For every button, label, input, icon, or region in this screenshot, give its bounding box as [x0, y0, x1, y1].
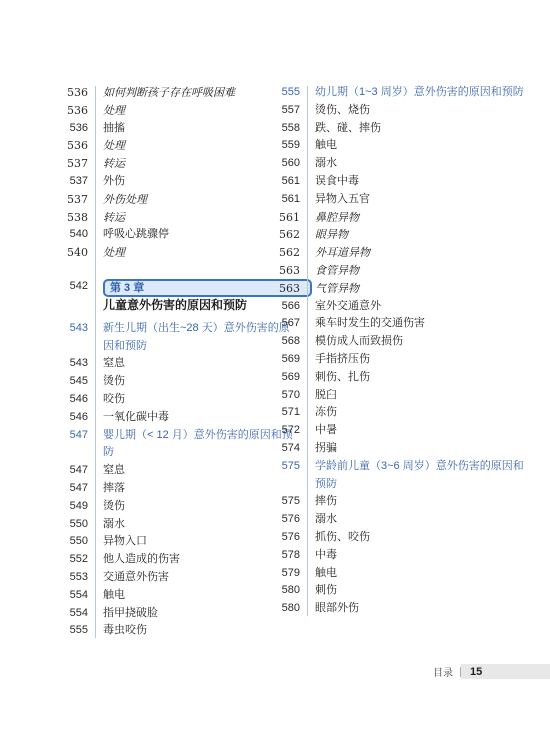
- toc-entry-title: 幼儿期（1~3 周岁）意外伤害的原因和预防: [315, 84, 529, 102]
- toc-row: 560溺水: [262, 155, 529, 173]
- toc-page-number: 540: [50, 226, 88, 244]
- toc-page-number: 574: [262, 440, 300, 458]
- toc-page-number: 554: [50, 605, 88, 623]
- toc-entry-title: 跌、碰、摔伤: [315, 120, 529, 138]
- toc-page-number: 553: [50, 569, 88, 587]
- toc-page-number: 576: [262, 511, 300, 529]
- toc-page-number: 552: [50, 551, 88, 569]
- toc-page-number: 543: [50, 320, 88, 338]
- toc-page-number: 555: [262, 84, 300, 102]
- toc-page-number: 561: [262, 173, 300, 191]
- toc-page-number: 543: [50, 355, 88, 373]
- toc-row: 562眼异物: [262, 226, 529, 244]
- toc-page-number: 569: [262, 369, 300, 387]
- toc-entry-title: 毒虫咬伤: [103, 622, 298, 640]
- toc-row: 儿童意外伤害的原因和预防: [50, 297, 298, 315]
- toc-page-number: 578: [262, 547, 300, 565]
- toc-page-number: 561: [262, 209, 300, 227]
- toc-row: 576抓伤、咬伤: [262, 529, 529, 547]
- toc-page-number: 569: [262, 351, 300, 369]
- toc-row: 554指甲挠破脸: [50, 605, 298, 623]
- toc-column-left: 536如何判断孩子存在呼吸困难536处理536抽搐536处理537转运537外伤…: [50, 84, 298, 640]
- toc-row: 561鼻腔异物: [262, 209, 529, 227]
- toc-row: 558跌、碰、摔伤: [262, 120, 529, 138]
- toc-row: 579触电: [262, 565, 529, 583]
- toc-entry-title: 中毒: [315, 547, 529, 565]
- toc-row: 547窒息: [50, 462, 298, 480]
- toc-row: 543新生儿期（出生~28 天）意外伤害的原因和预防: [50, 320, 298, 356]
- toc-page-number: 568: [262, 333, 300, 351]
- toc-page-number: 575: [262, 493, 300, 511]
- toc-page-number: 536: [50, 102, 88, 120]
- toc-row: 550异物入口: [50, 533, 298, 551]
- toc-page-number: 537: [50, 191, 88, 209]
- chapter-title: 儿童意外伤害的原因和预防: [103, 297, 247, 315]
- toc-row: 572中暑: [262, 422, 529, 440]
- toc-row: 536抽搐: [50, 120, 298, 138]
- toc-entry-title: 拐骗: [315, 440, 529, 458]
- toc-entry-title: 鼻腔异物: [315, 209, 529, 227]
- toc-row: 542第 3 章: [50, 278, 298, 297]
- toc-entry-title: 手指挤压伤: [315, 351, 529, 369]
- toc-entry-title: 气管异物: [315, 280, 529, 298]
- toc-entry-title: 眼异物: [315, 226, 529, 244]
- toc-page-number: 561: [262, 191, 300, 209]
- toc-row: 557烫伤、烧伤: [262, 102, 529, 120]
- toc-row: 568模仿成人而致损伤: [262, 333, 529, 351]
- toc-row: 570脱臼: [262, 387, 529, 405]
- toc-page-number: 571: [262, 404, 300, 422]
- toc-page-number: 549: [50, 498, 88, 516]
- toc-page-number: 546: [50, 409, 88, 427]
- toc-row: 537外伤处理: [50, 191, 298, 209]
- toc-entry-title: 冻伤: [315, 404, 529, 422]
- toc-row: 546咬伤: [50, 391, 298, 409]
- toc-entry-title: 中暑: [315, 422, 529, 440]
- toc-row: 567乘车时发生的交通伤害: [262, 315, 529, 333]
- toc-page-number: 547: [50, 462, 88, 480]
- toc-page-number: 536: [50, 84, 88, 102]
- toc-page-number: 538: [50, 209, 88, 227]
- toc-row: 574拐骗: [262, 440, 529, 458]
- toc-row: 569刺伤、扎伤: [262, 369, 529, 387]
- toc-page-number: 542: [50, 278, 88, 296]
- toc-entry-title: 学龄前儿童（3~6 周岁）意外伤害的原因和预防: [315, 458, 529, 494]
- toc-page-number: 550: [50, 516, 88, 534]
- toc-page-number: 558: [262, 120, 300, 138]
- toc-entry-title: 刺伤: [315, 582, 529, 600]
- toc-row: 537外伤: [50, 173, 298, 191]
- toc-row: 554触电: [50, 587, 298, 605]
- toc-row: 575学龄前儿童（3~6 周岁）意外伤害的原因和预防: [262, 458, 529, 494]
- toc-entry-title: 抓伤、咬伤: [315, 529, 529, 547]
- toc-row: 545烫伤: [50, 373, 298, 391]
- toc-page-number: 547: [50, 480, 88, 498]
- toc-page-number: 555: [50, 622, 88, 640]
- toc-page-number: 575: [262, 458, 300, 476]
- toc-page-number: 560: [262, 155, 300, 173]
- toc-row: 550溺水: [50, 516, 298, 534]
- toc-page-number: 570: [262, 387, 300, 405]
- footer-page-bar: 15: [461, 664, 550, 679]
- toc-row: 549烫伤: [50, 498, 298, 516]
- toc-entry-title: 食管异物: [315, 262, 529, 280]
- toc-row: 563食管异物: [262, 262, 529, 280]
- toc-row: 538转运: [50, 209, 298, 227]
- footer-page-number: 15: [470, 666, 482, 678]
- toc-row: 540呼吸心跳骤停: [50, 226, 298, 244]
- toc-page-number: 545: [50, 373, 88, 391]
- toc-row: 569手指挤压伤: [262, 351, 529, 369]
- toc-row: 536如何判断孩子存在呼吸困难: [50, 84, 298, 102]
- toc-page-number: 554: [50, 587, 88, 605]
- toc-row: 566室外交通意外: [262, 298, 529, 316]
- toc-page-number: 580: [262, 582, 300, 600]
- toc-page-number: 563: [262, 280, 300, 298]
- toc-page-number: 550: [50, 533, 88, 551]
- toc-entry-title: 乘车时发生的交通伤害: [315, 315, 529, 333]
- toc-row: 578中毒: [262, 547, 529, 565]
- toc-row: 580刺伤: [262, 582, 529, 600]
- toc-entry-title: 触电: [315, 137, 529, 155]
- toc-entry-title: 刺伤、扎伤: [315, 369, 529, 387]
- toc-row: 571冻伤: [262, 404, 529, 422]
- toc-row: 547婴儿期（< 12 月）意外伤害的原因和预防: [50, 427, 298, 463]
- toc-row: 543窒息: [50, 355, 298, 373]
- toc-row: 547摔落: [50, 480, 298, 498]
- toc-row: 561误食中毒: [262, 173, 529, 191]
- toc-row: 552他人造成的伤害: [50, 551, 298, 569]
- toc-entry-title: 室外交通意外: [315, 298, 529, 316]
- toc-column-right: 555幼儿期（1~3 周岁）意外伤害的原因和预防557烫伤、烧伤558跌、碰、摔…: [262, 84, 529, 618]
- toc-page-number: 576: [262, 529, 300, 547]
- toc-row: 575摔伤: [262, 493, 529, 511]
- footer-section-label: 目录: [433, 664, 453, 679]
- toc-page-number: 559: [262, 137, 300, 155]
- toc-row: 536处理: [50, 137, 298, 155]
- toc-row: 537转运: [50, 155, 298, 173]
- toc-row: 555幼儿期（1~3 周岁）意外伤害的原因和预防: [262, 84, 529, 102]
- toc-page-number: 562: [262, 244, 300, 262]
- toc-entry-title: 误食中毒: [315, 173, 529, 191]
- toc-row: 559触电: [262, 137, 529, 155]
- toc-page-number: 537: [50, 173, 88, 191]
- toc-row: 536处理: [50, 102, 298, 120]
- toc-entry-title: 异物入五官: [315, 191, 529, 209]
- toc-page-number: 557: [262, 102, 300, 120]
- toc-page-number: 580: [262, 600, 300, 618]
- toc-entry-title: 烫伤、烧伤: [315, 102, 529, 120]
- toc-entry-title: 摔伤: [315, 493, 529, 511]
- toc-page-number: 540: [50, 244, 88, 262]
- toc-row: 580眼部外伤: [262, 600, 529, 618]
- toc-page-number: 537: [50, 155, 88, 173]
- toc-row: 553交通意外伤害: [50, 569, 298, 587]
- toc-page-number: 566: [262, 298, 300, 316]
- toc-entry-title: 触电: [315, 565, 529, 583]
- toc-entry-title: 脱臼: [315, 387, 529, 405]
- toc-row: 540处理: [50, 244, 298, 262]
- toc-page-number: 536: [50, 120, 88, 138]
- toc-page-number: 546: [50, 391, 88, 409]
- toc-row: 561异物入五官: [262, 191, 529, 209]
- toc-entry-title: 溺水: [315, 155, 529, 173]
- page-footer: 目录: [433, 664, 461, 679]
- toc-page-number: 567: [262, 315, 300, 333]
- toc-page-number: 562: [262, 226, 300, 244]
- toc-row: 576溺水: [262, 511, 529, 529]
- toc-entry-title: 外耳道异物: [315, 244, 529, 262]
- toc-page-number: 547: [50, 427, 88, 445]
- toc-page-number: 572: [262, 422, 300, 440]
- toc-page-number: 579: [262, 565, 300, 583]
- toc-row: 562外耳道异物: [262, 244, 529, 262]
- toc-row: 555毒虫咬伤: [50, 622, 298, 640]
- toc-entry-title: 溺水: [315, 511, 529, 529]
- toc-row: 563气管异物: [262, 280, 529, 298]
- toc-page-number: 563: [262, 262, 300, 280]
- toc-page: 536如何判断孩子存在呼吸困难536处理536抽搐536处理537转运537外伤…: [0, 0, 550, 734]
- toc-row: 546一氧化碳中毒: [50, 409, 298, 427]
- toc-entry-title: 模仿成人而致损伤: [315, 333, 529, 351]
- toc-entry-title: 眼部外伤: [315, 600, 529, 618]
- toc-page-number: 536: [50, 137, 88, 155]
